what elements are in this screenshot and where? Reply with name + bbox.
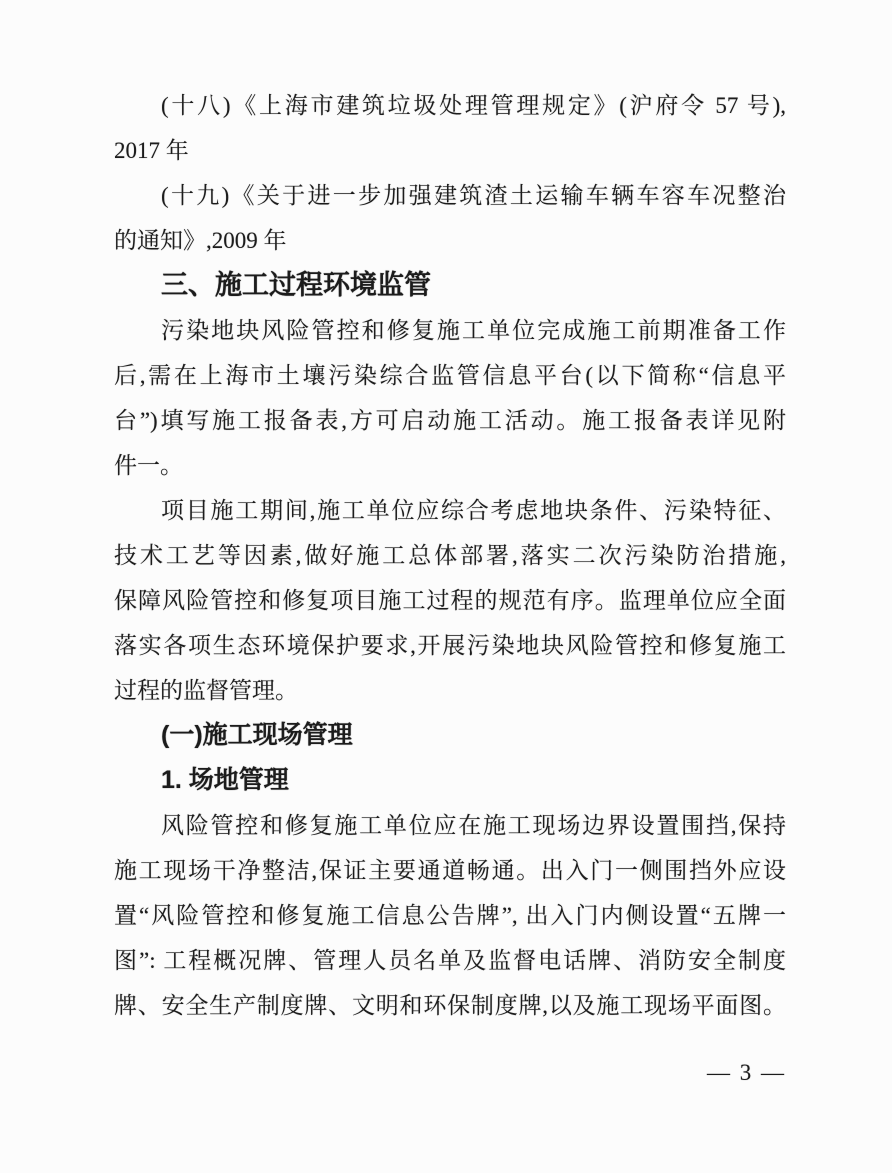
text-line: (十九)《关于进一步加强建筑渣土运输车辆车容车况整治 bbox=[114, 173, 786, 218]
text-line: 2017 年 bbox=[114, 128, 786, 173]
document-page: (十八)《上海市建筑垃圾处理管理规定》(沪府令 57 号),2017 年(十九)… bbox=[0, 0, 892, 1173]
text-line: 图”: 工程概况牌、管理人员名单及监督电话牌、消防安全制度 bbox=[114, 938, 786, 983]
document-body: (十八)《上海市建筑垃圾处理管理规定》(沪府令 57 号),2017 年(十九)… bbox=[0, 0, 892, 1028]
page-number: — 3 — bbox=[707, 1060, 786, 1086]
section-heading: 三、施工过程环境监管 bbox=[114, 263, 786, 308]
section-heading: (一)施工现场管理 bbox=[114, 713, 786, 758]
text-line: 施工现场干净整洁,保证主要通道畅通。出入门一侧围挡外应设 bbox=[114, 848, 786, 893]
text-line: 落实各项生态环境保护要求,开展污染地块风险管控和修复施工 bbox=[114, 623, 786, 668]
text-line: 台”)填写施工报备表,方可启动施工活动。施工报备表详见附 bbox=[114, 398, 786, 443]
section-heading: 1. 场地管理 bbox=[114, 758, 786, 803]
text-line: 过程的监督管理。 bbox=[114, 668, 786, 713]
text-line: 风险管控和修复施工单位应在施工现场边界设置围挡,保持 bbox=[114, 803, 786, 848]
text-line: 件一。 bbox=[114, 443, 786, 488]
text-line: 牌、安全生产制度牌、文明和环保制度牌,以及施工现场平面图。 bbox=[114, 983, 786, 1028]
text-line: 污染地块风险管控和修复施工单位完成施工前期准备工作 bbox=[114, 308, 786, 353]
text-line: 保障风险管控和修复项目施工过程的规范有序。监理单位应全面 bbox=[114, 578, 786, 623]
text-line: 置“风险管控和修复施工信息公告牌”, 出入门内侧设置“五牌一 bbox=[114, 893, 786, 938]
text-line: (十八)《上海市建筑垃圾处理管理规定》(沪府令 57 号), bbox=[114, 83, 786, 128]
text-line: 技术工艺等因素,做好施工总体部署,落实二次污染防治措施, bbox=[114, 533, 786, 578]
text-line: 项目施工期间,施工单位应综合考虑地块条件、污染特征、 bbox=[114, 488, 786, 533]
text-line: 的通知》,2009 年 bbox=[114, 218, 786, 263]
text-line: 后,需在上海市土壤污染综合监管信息平台(以下简称“信息平 bbox=[114, 353, 786, 398]
